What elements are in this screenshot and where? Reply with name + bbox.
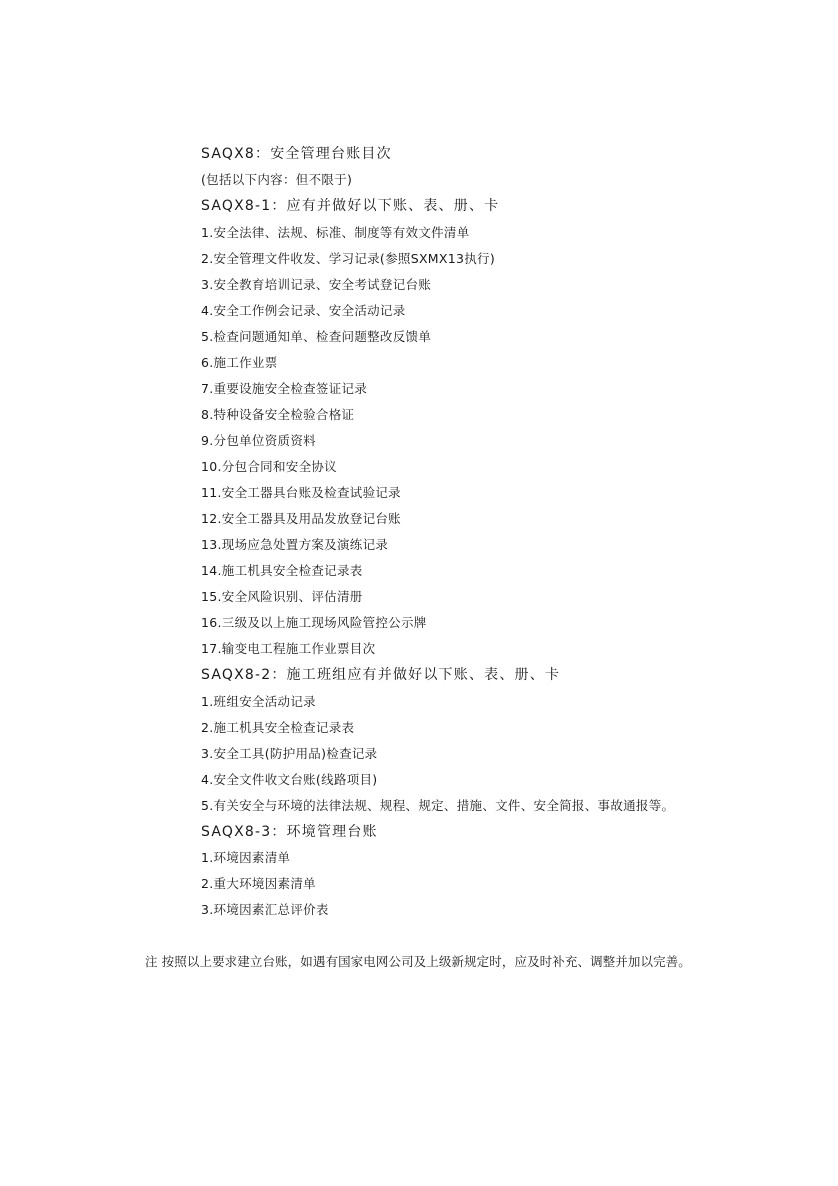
document-subtitle: (包括以下内容：但不限于) [201, 171, 352, 189]
list-item: 15.安全风险识别、评估清册 [201, 588, 363, 606]
list-item: 8.特种设备安全检验合格证 [201, 406, 354, 424]
list-item: 4.安全文件收文台账(线路项目) [201, 771, 377, 789]
list-item: 2.重大环境因素清单 [201, 875, 316, 893]
list-item: 3.安全教育培训记录、安全考试登记台账 [201, 276, 431, 294]
document-note: 注 按照以上要求建立台账，如遇有国家电网公司及上级新规定时，应及时补充、调整并加… [145, 953, 691, 971]
document-title: SAQX8：安全管理台账目次 [201, 145, 392, 163]
section-1-heading: SAQX8-1：应有并做好以下账、表、册、卡 [201, 197, 499, 215]
list-item: 17.输变电工程施工作业票目次 [201, 640, 375, 658]
list-item: 7.重要设施安全检查签证记录 [201, 380, 367, 398]
list-item: 12.安全工器具及用品发放登记台账 [201, 510, 401, 528]
list-item: 5.检查问题通知单、检查问题整改反馈单 [201, 328, 431, 346]
list-item: 1.班组安全活动记录 [201, 693, 316, 711]
list-item: 2.安全管理文件收发、学习记录(参照SXMX13执行) [201, 250, 495, 268]
list-item: 1.环境因素清单 [201, 849, 290, 867]
section-2-heading: SAQX8-2：施工班组应有并做好以下账、表、册、卡 [201, 666, 560, 684]
list-item: 1.安全法律、法规、标准、制度等有效文件清单 [201, 224, 470, 242]
list-item: 6.施工作业票 [201, 354, 278, 372]
section-3-heading: SAQX8-3：环境管理台账 [201, 823, 378, 841]
list-item: 11.安全工器具台账及检查试验记录 [201, 484, 401, 502]
list-item: 3.环境因素汇总评价表 [201, 901, 329, 919]
list-item: 14.施工机具安全检查记录表 [201, 562, 363, 580]
document-page: SAQX8：安全管理台账目次 (包括以下内容：但不限于) SAQX8-1：应有并… [0, 0, 838, 1186]
list-item: 10.分包合同和安全协议 [201, 458, 337, 476]
list-item: 16.三级及以上施工现场风险管控公示牌 [201, 614, 427, 632]
list-item: 2.施工机具安全检查记录表 [201, 719, 354, 737]
list-item: 13.现场应急处置方案及演练记录 [201, 536, 388, 554]
list-item: 9.分包单位资质资料 [201, 432, 316, 450]
list-item: 5.有关安全与环境的法律法规、规程、规定、措施、文件、安全简报、事故通报等。 [201, 797, 674, 815]
list-item: 3.安全工具(防护用品)检查记录 [201, 745, 377, 763]
list-item: 4.安全工作例会记录、安全活动记录 [201, 302, 406, 320]
